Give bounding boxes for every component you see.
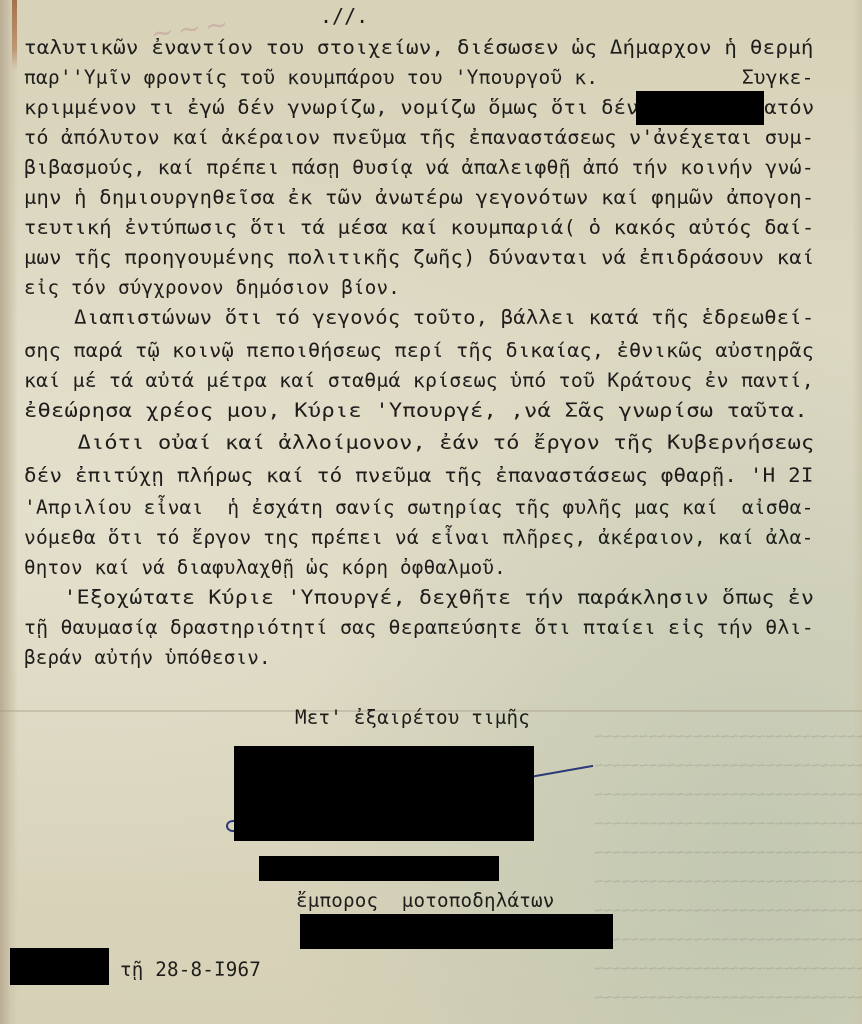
paper-left-edge	[0, 0, 18, 1024]
letter-line: καί μέ τά αὐτά μέτρα καί σταθμά κρίσεως …	[24, 369, 814, 392]
closing-salutation: Μετ' ἐξαιρέτου τιμῆς	[295, 706, 530, 729]
letter-line: Διαπιστώνων ὅτι τό γεγονός τοῦτο, βάλλει…	[24, 306, 814, 329]
letter-line: τευτική ἐντύπωσις ὅτι τά μέσα καί κουμπα…	[24, 216, 814, 239]
letter-line: τό ἀπόλυτον καί ἀκέραιον πνεῦμα τῆς ἐπαν…	[24, 126, 814, 149]
letter-line: Διότι οὐαί καί ἀλλοίμονον, ἐάν τό ἔργον …	[24, 431, 814, 454]
letter-line: δέν ἐπιτύχῃ πλήρως καί τό πνεῦμα τῆς ἐπα…	[24, 464, 814, 487]
page-marker: .//.	[320, 4, 368, 28]
letter-line: μων τῆς προηγουμένης πολιτικῆς ζωῆς) δύν…	[24, 246, 814, 269]
letter-line: εἰς τόν σύγχρονον δημόσιον βίον.	[24, 276, 400, 299]
letter-line: μην ἡ δημιουργηθεῖσα ἐκ τῶν ἀνωτέρω γεγο…	[24, 186, 814, 209]
letter-line: τῇ θαυμασίᾳ δραστηριότητί σας θεραπεύσητ…	[24, 616, 814, 639]
redaction-signature	[234, 746, 534, 841]
letter-line: θητον καί νά διαφυλαχθῇ ὡς κόρη ὀφθαλμοῦ…	[24, 556, 506, 579]
letter-line: ταλυτικῶν ἐναντίον του στοιχείων, διέσωσ…	[24, 36, 814, 59]
redaction-place	[10, 948, 109, 985]
letter-line: βιβασμούς, καί πρέπει πάσῃ θυσίᾳ νά ἀπαλ…	[24, 156, 814, 179]
letter-line: ἐθεώρησα χρέος μου, Κύριε 'Υπουργέ, ,νά …	[24, 399, 808, 422]
letter-line: νόμεθα ὅτι τό ἔργον της πρέπει νά εἶναι …	[24, 526, 814, 549]
letter-line: 'Εξοχώτατε Κύριε 'Υπουργέ, δεχθῆτε τήν π…	[24, 586, 814, 609]
letter-line: βεράν αὐτήν ὑπόθεσιν.	[24, 646, 271, 669]
redaction-sender-name	[259, 856, 499, 881]
letter-line: 'Απριλίου εἶναι ἡ ἐσχάτη σανίς σωτηρίας …	[24, 496, 814, 519]
letter-line: παρ''Υμῖν φροντίς τοῦ κουμπάρου του 'Υπο…	[24, 66, 814, 89]
redaction-name-minister-relative	[636, 91, 764, 125]
sender-occupation: ἔμπορος μοτοποδηλάτων	[296, 889, 555, 912]
letter-date: τῇ 28-8-Ι967	[120, 958, 261, 981]
redaction-sender-address	[300, 914, 613, 949]
rust-stain	[12, 0, 17, 70]
letter-line: σης παρά τῷ κοινῷ πεποιθήσεως περί τῆς δ…	[24, 339, 814, 362]
